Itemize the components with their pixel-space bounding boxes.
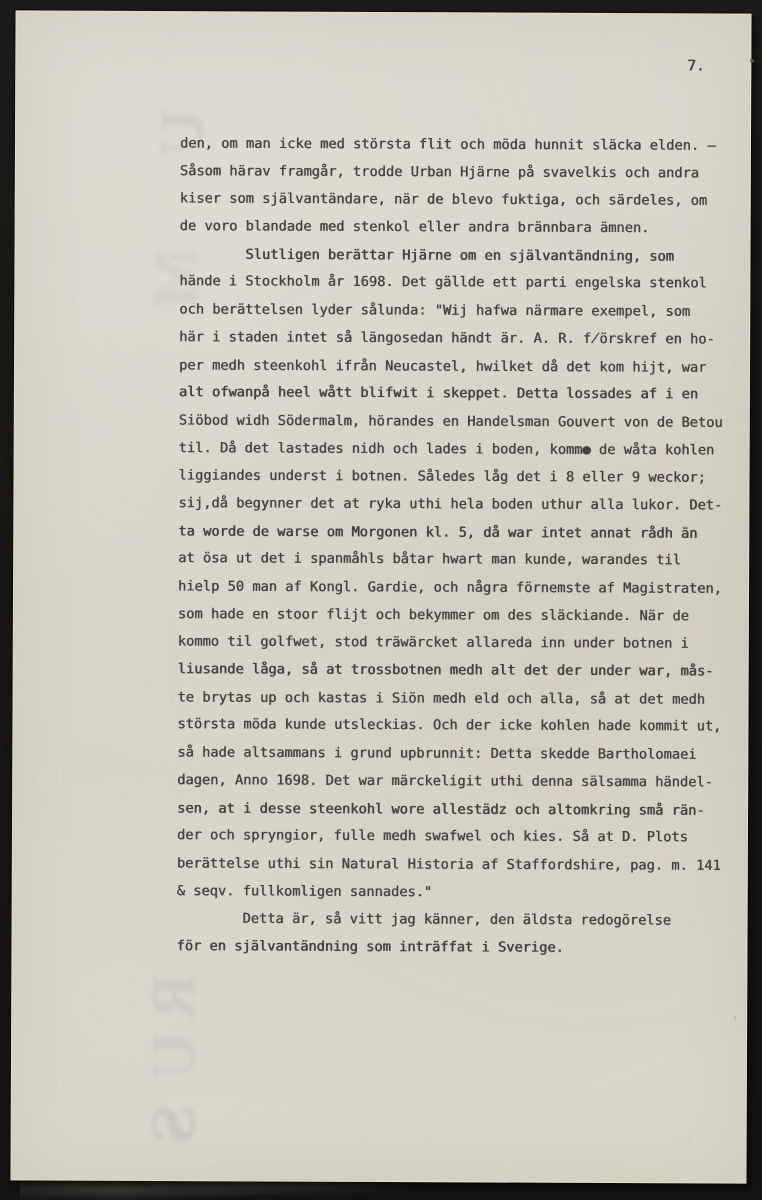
text-line: liggiandes underst i botnen. Således låg… (178, 463, 740, 493)
text-line: här i staden intet så längosedan händt ä… (179, 324, 741, 354)
text-line: & seqv. fullkomligen sannades." (177, 878, 739, 908)
text-line: hände i Stockholm år 1698. Det gällde et… (179, 269, 741, 299)
text-line: för en självantändning som inträffat i S… (176, 933, 738, 963)
text-line: de voro blandade med stenkol eller andra… (180, 213, 742, 243)
text-line: berättelse uthi sin Natural Historia af … (177, 850, 739, 880)
dust-speck (750, 59, 754, 63)
text-line: kommo til golfwet, stod träwärcket allar… (178, 629, 740, 659)
text-line: kiser som självantändare, när de blevo f… (180, 186, 742, 216)
text-line: dagen, Anno 1698. Det war märckeligit ut… (177, 767, 739, 797)
text-line: Slutligen berättar Hjärne om en självant… (179, 241, 741, 271)
scratch-mark (589, 1058, 667, 1087)
show-through-letter: R (147, 968, 203, 1024)
page-number: 7. (687, 58, 705, 74)
text-line: hielp 50 man af Kongl. Gardie, och några… (178, 574, 740, 604)
text-line: så hade altsammans i grund upbrunnit: De… (177, 740, 739, 770)
text-line: ta worde de warse om Morgonen kl. 5, då … (178, 518, 740, 548)
text-line: at ösa ut det i spanmåhls båtar hwart ma… (178, 545, 740, 575)
text-line: den, om man icke med största flit och mö… (180, 131, 742, 161)
text-line: som hade en stoor flijt och bekymmer om … (178, 601, 740, 631)
show-through-letter: S (147, 1096, 203, 1152)
scanned-document-page: U M R U S 7. den, om man icke med störst… (0, 0, 762, 1200)
paper-sheet: U M R U S 7. den, om man icke med störst… (10, 10, 751, 1183)
text-line: sij,då begynner det at ryka uthi hela bo… (178, 490, 740, 520)
text-line: liusande låga, så at trossbotnen medh al… (178, 656, 740, 686)
text-line: Såsom härav framgår, trodde Urban Hjärne… (180, 158, 742, 188)
fiber-speck (734, 1016, 736, 1020)
text-line: största möda kunde utsleckias. Och der i… (177, 712, 739, 742)
typewritten-text: den, om man icke med största flit och mö… (176, 130, 742, 963)
text-line: der och spryngior, fulle medh swafwel oc… (177, 822, 739, 852)
text-line: Detta är, så vitt jag känner, den äldsta… (177, 906, 739, 936)
text-line: sen, at i desse steenkohl wore allestädz… (177, 795, 739, 825)
text-line: alt ofwanpå heel wått blifwit i skeppet.… (179, 379, 741, 409)
text-line: til. Då det lastades nidh och lades i bo… (179, 435, 741, 465)
text-line: per medh steenkohl ifrån Neucastel, hwil… (179, 352, 741, 382)
show-through-letter: U (147, 1027, 203, 1083)
text-line: Siöbod widh Södermalm, hörandes en Hande… (179, 407, 741, 437)
text-line: te brytas up och kastas i Siön medh eld … (177, 684, 739, 714)
text-line: och berättelsen lyder sålunda: "Wij hafw… (179, 297, 741, 327)
